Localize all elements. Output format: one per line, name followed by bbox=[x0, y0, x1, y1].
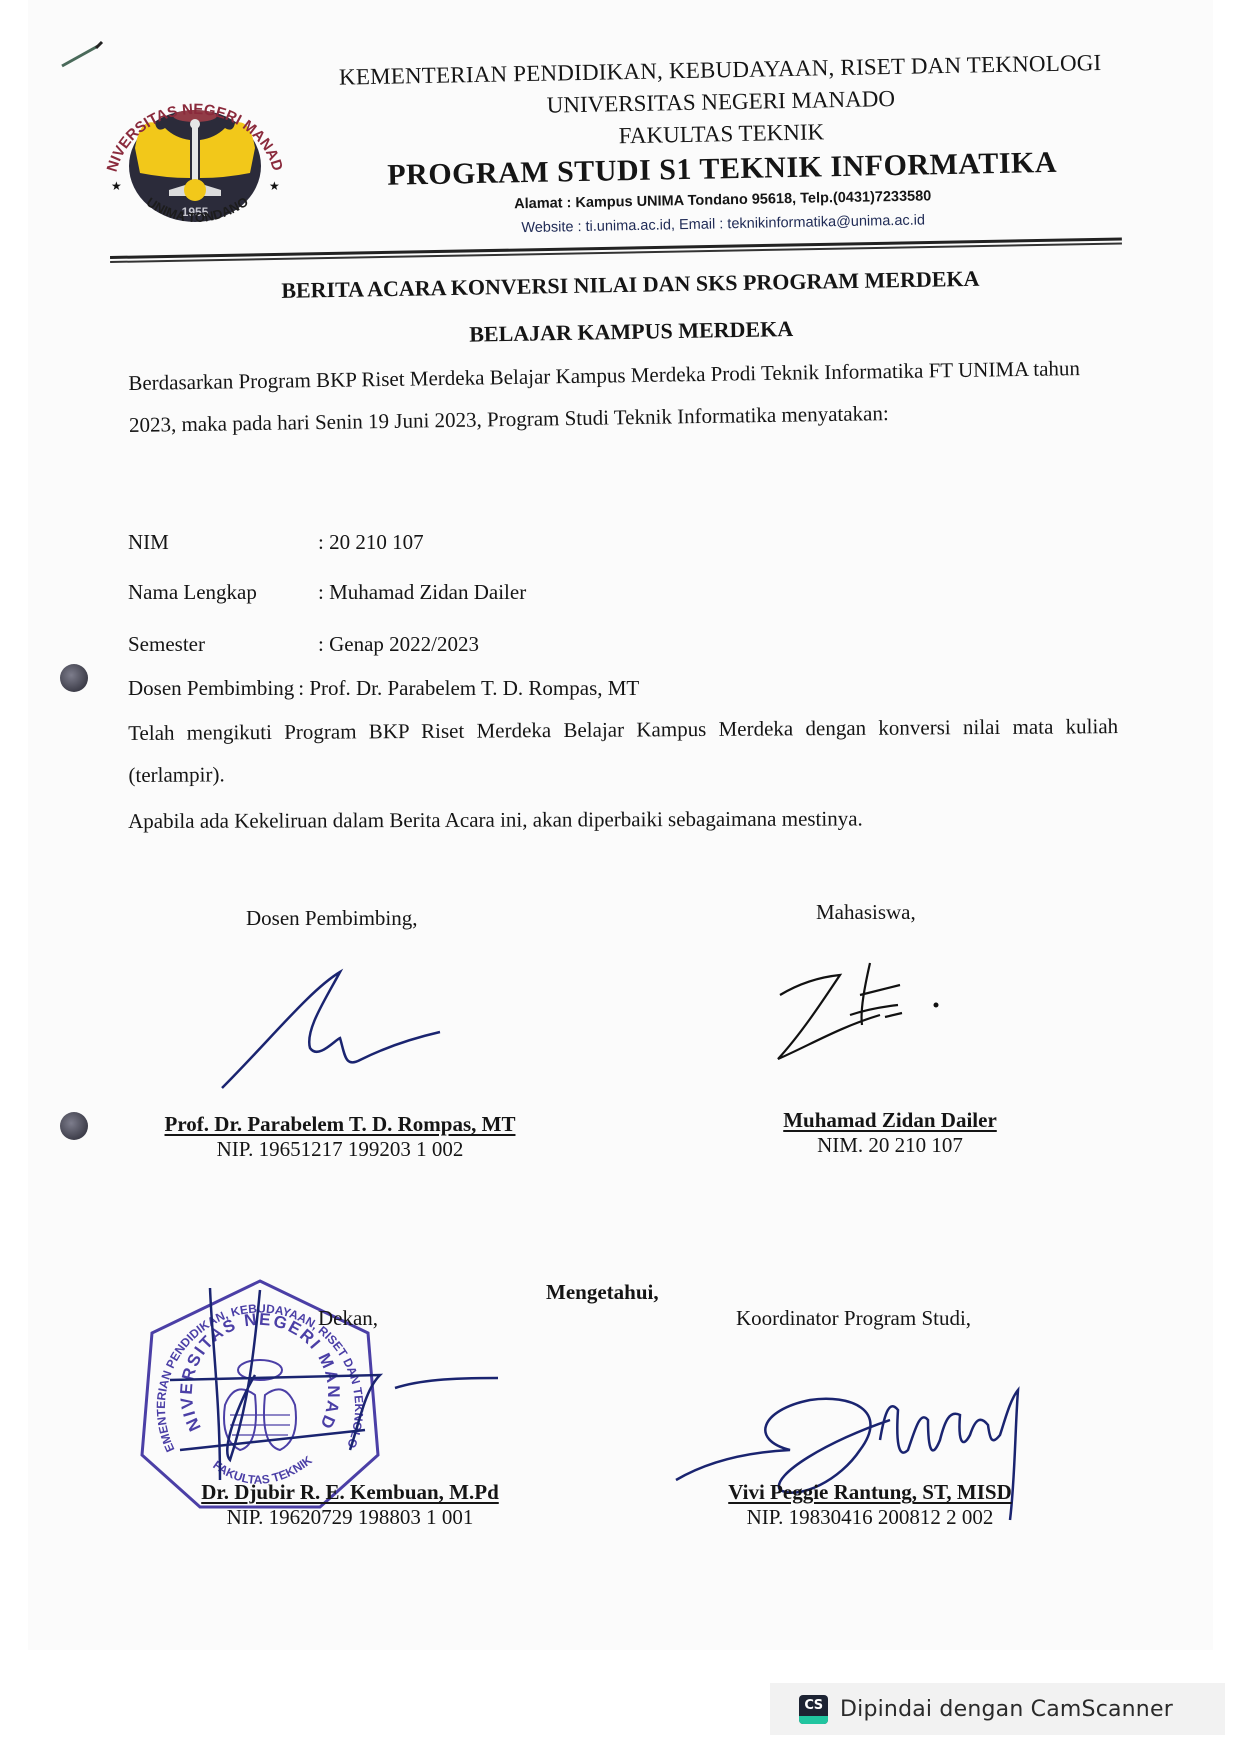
field-value: : Muhamad Zidan Dailer bbox=[318, 580, 526, 605]
camscanner-watermark: CS Dipindai dengan CamScanner bbox=[770, 1683, 1225, 1735]
intro-paragraph: Berdasarkan Program BKP Riset Merdeka Be… bbox=[128, 347, 1089, 446]
field-full-name: Nama Lengkap : Muhamad Zidan Dailer bbox=[128, 580, 526, 605]
document-title: BERITA ACARA KONVERSI NILAI DAN SKS PROG… bbox=[220, 254, 1042, 362]
svg-text:★: ★ bbox=[269, 179, 280, 193]
coordinator-nip: NIP. 19830416 200812 2 002 bbox=[700, 1505, 1040, 1530]
field-label: NIM bbox=[128, 530, 318, 555]
pen-mark-decoration bbox=[60, 40, 110, 70]
field-value: : Prof. Dr. Parabelem T. D. Rompas, MT bbox=[298, 676, 639, 701]
dean-signature-block: Dr. Djubir R. E. Kembuan, M.Pd NIP. 1962… bbox=[160, 1480, 540, 1530]
student-signature bbox=[770, 955, 950, 1065]
advisor-role: Dosen Pembimbing, bbox=[246, 906, 418, 931]
dean-nip: NIP. 19620729 198803 1 001 bbox=[160, 1505, 540, 1530]
statement-paragraph: Telah mengikuti Program BKP Riset Merdek… bbox=[128, 705, 1119, 796]
closing-paragraph: Apabila ada Kekeliruan dalam Berita Acar… bbox=[128, 797, 1118, 842]
advisor-signature-block: Prof. Dr. Parabelem T. D. Rompas, MT NIP… bbox=[130, 1112, 550, 1162]
camscanner-icon: CS bbox=[799, 1695, 828, 1724]
letterhead: KEMENTERIAN PENDIDIKAN, KEBUDAYAAN, RISE… bbox=[320, 47, 1123, 244]
field-label: Dosen Pembimbing bbox=[128, 676, 294, 701]
field-semester: Semester : Genap 2022/2023 bbox=[128, 632, 479, 657]
coordinator-signature-block: Vivi Peggie Rantung, ST, MISD NIP. 19830… bbox=[700, 1480, 1040, 1530]
field-nim: NIM : 20 210 107 bbox=[128, 530, 424, 555]
student-signature-block: Muhamad Zidan Dailer NIM. 20 210 107 bbox=[740, 1108, 1040, 1158]
student-nim: NIM. 20 210 107 bbox=[740, 1133, 1040, 1158]
punch-hole bbox=[60, 1112, 88, 1140]
student-name: Muhamad Zidan Dailer bbox=[740, 1108, 1040, 1133]
field-label: Nama Lengkap bbox=[128, 580, 318, 605]
svg-text:★: ★ bbox=[111, 179, 122, 193]
field-label: Semester bbox=[128, 632, 318, 657]
advisor-name: Prof. Dr. Parabelem T. D. Rompas, MT bbox=[130, 1112, 550, 1137]
field-value: : Genap 2022/2023 bbox=[318, 632, 479, 657]
advisor-signature bbox=[210, 960, 450, 1100]
field-value: : 20 210 107 bbox=[318, 530, 424, 555]
dean-role: Dekan, bbox=[318, 1306, 378, 1331]
punch-hole bbox=[60, 664, 88, 692]
university-logo: 1955 UNIVERSITAS NEGERI MANADO UNIMA TON… bbox=[95, 78, 295, 238]
coordinator-role: Koordinator Program Studi, bbox=[736, 1306, 971, 1331]
acknowledged-label: Mengetahui, bbox=[546, 1280, 659, 1305]
field-advisor: Dosen Pembimbing : Prof. Dr. Parabelem T… bbox=[128, 676, 639, 701]
coordinator-name: Vivi Peggie Rantung, ST, MISD bbox=[700, 1480, 1040, 1505]
student-role: Mahasiswa, bbox=[816, 900, 916, 925]
watermark-text: Dipindai dengan CamScanner bbox=[840, 1697, 1173, 1722]
advisor-nip: NIP. 19651217 199203 1 002 bbox=[130, 1137, 550, 1162]
dean-name: Dr. Djubir R. E. Kembuan, M.Pd bbox=[160, 1480, 540, 1505]
